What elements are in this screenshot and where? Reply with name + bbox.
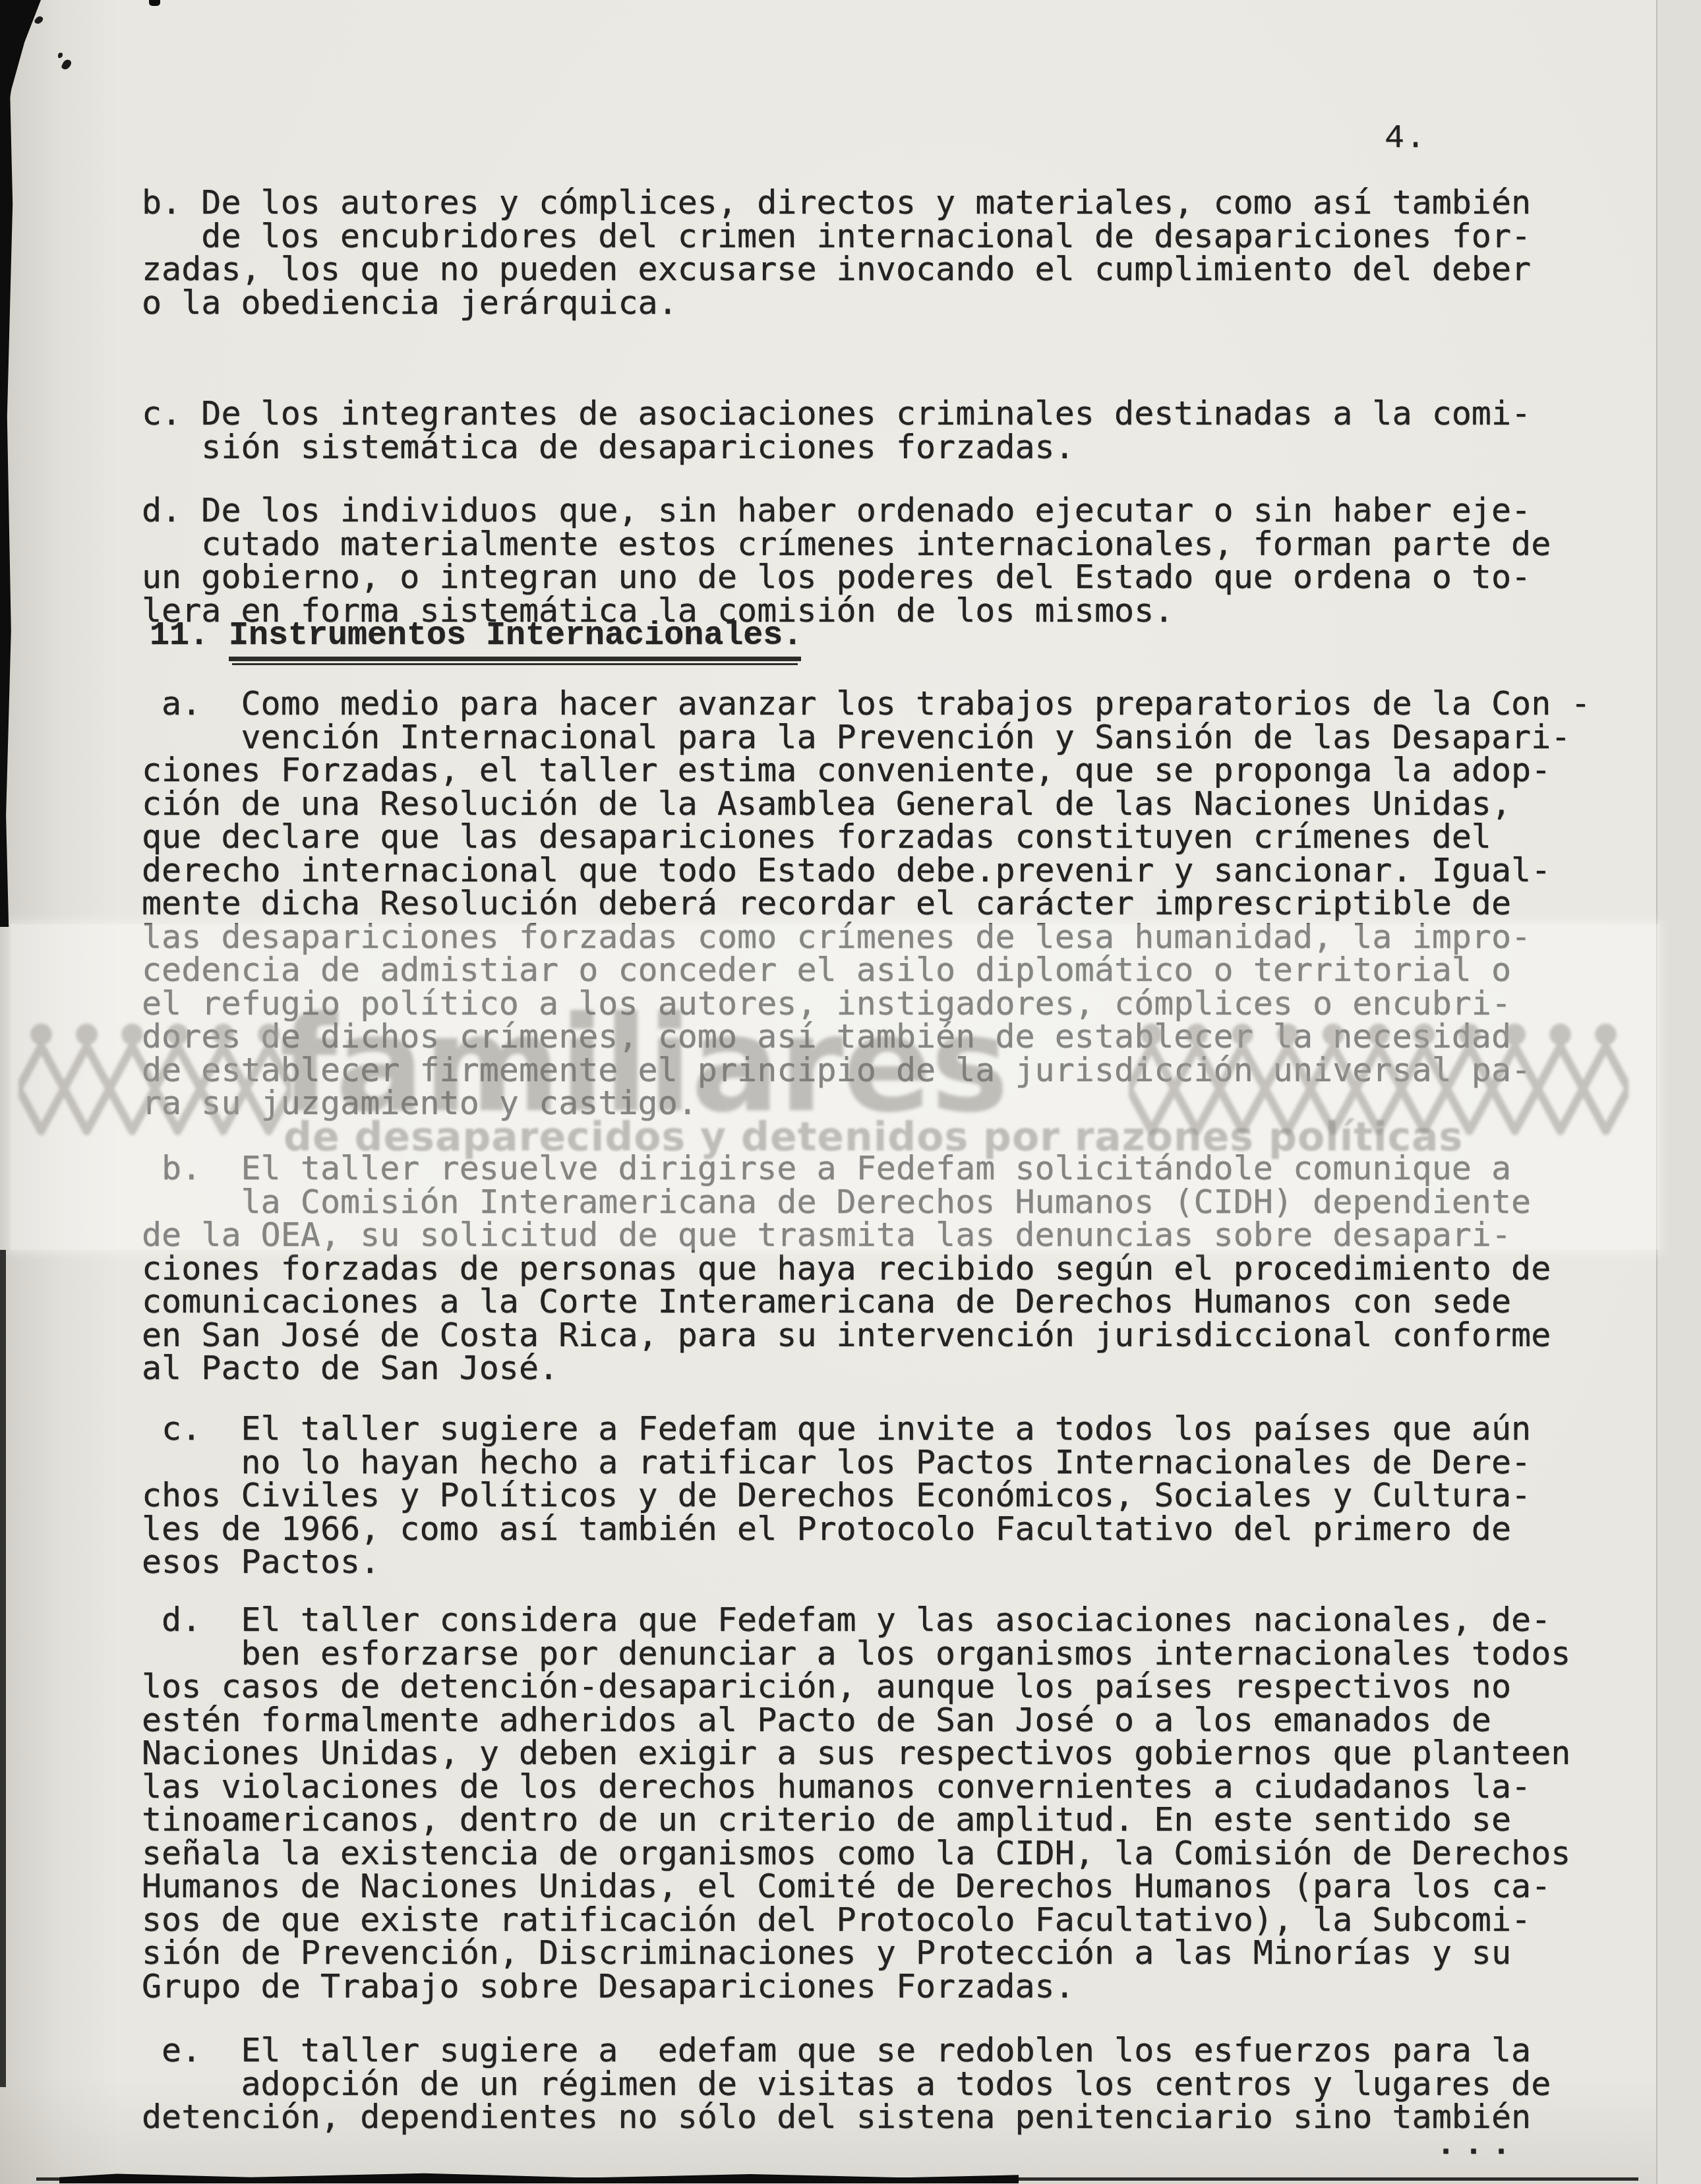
scan-artifact-left-strip-bottom (0, 1250, 6, 2087)
ink-speck (34, 15, 44, 25)
ink-speck (58, 53, 63, 58)
scan-edge-right (1656, 0, 1701, 2184)
section-item-e: e. El taller sugiere a edefam que se red… (142, 2034, 1551, 2134)
section-item-b: b. El taller resuelve dirigirse a Fedefa… (142, 1152, 1551, 1385)
document-page: 4. b. De los autores y cómplices, direct… (0, 0, 1701, 2184)
section-item-a: a. Como medio para hacer avanzar los tra… (142, 687, 1591, 1120)
paragraph-b: b. De los autores y cómplices, directos … (142, 186, 1531, 319)
scan-artifact-top-tick (149, 0, 160, 6)
scan-artifact-corner (0, 0, 41, 124)
section-heading: 11. Instrumentos Internacionales. (150, 620, 802, 653)
scan-artifact-bottom-line (36, 2177, 1638, 2181)
page-number: 4. (1385, 123, 1427, 156)
paragraph-d: d. De los individuos que, sin haber orde… (142, 494, 1551, 627)
continuation-dots: ... (1436, 2129, 1519, 2163)
scan-artifact-left-strip-top (0, 0, 16, 927)
ink-speck (61, 58, 73, 71)
paragraph-c: c. De los integrantes de asociaciones cr… (142, 397, 1531, 463)
section-item-c: c. El taller sugiere a Fedefam que invit… (142, 1412, 1531, 1579)
heading-underline (229, 657, 801, 661)
heading-underline-2 (232, 663, 798, 665)
section-item-d: d. El taller considera que Fedefam y las… (142, 1603, 1570, 2003)
scan-artifact-bottom-bar (59, 2172, 1019, 2183)
